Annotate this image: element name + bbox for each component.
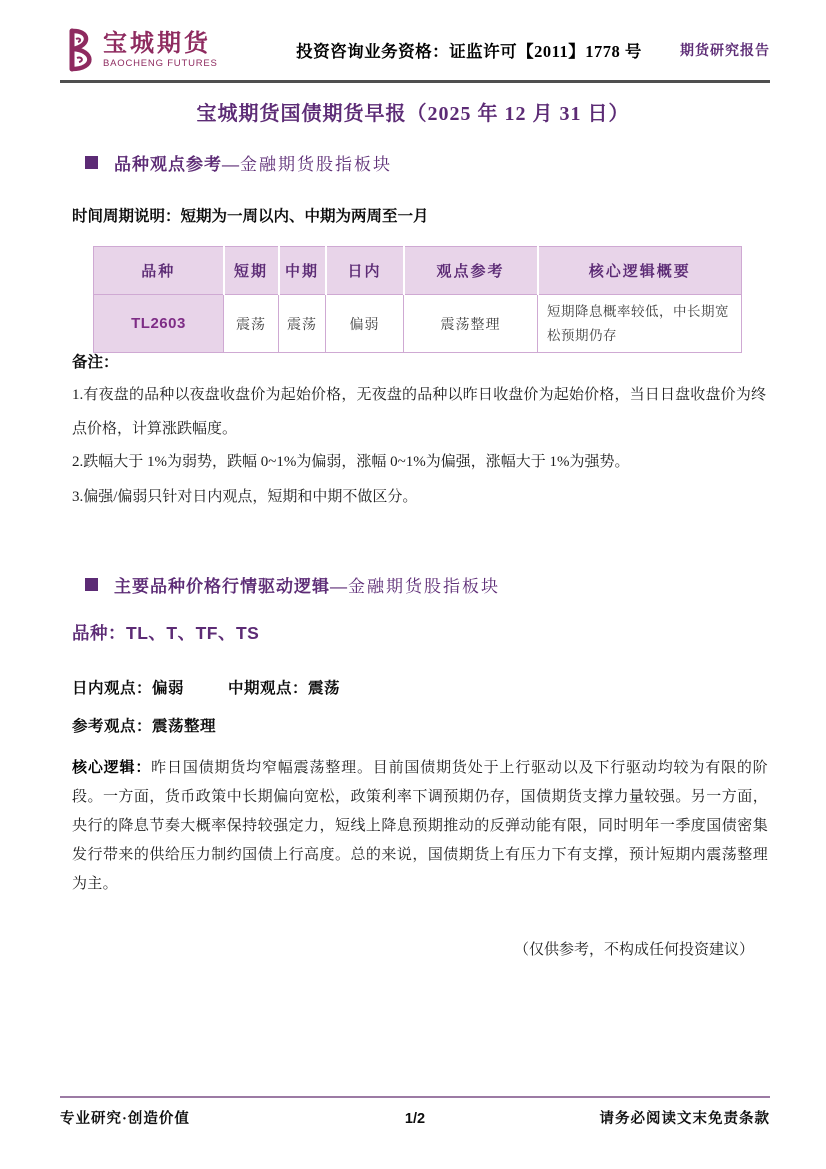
section1-heading: 品种观点参考— 金融期货股指板块 [85, 150, 770, 175]
core-logic-paragraph: 核心逻辑：昨日国债期货均窄幅震荡整理。目前国债期货处于上行驱动以及下行驱动均较为… [72, 754, 768, 899]
note-item-2: 2.跌幅大于 1%为弱势，跌幅 0~1%为偏弱，涨幅 0~1%为偏强，涨幅大于 … [72, 445, 766, 479]
report-page: 宝城期货 BAOCHENG FUTURES 投资咨询业务资格：证监许可【2011… [0, 0, 826, 1169]
report-title: 宝城期货国债期货早报（2025 年 12 月 31 日） [0, 97, 826, 126]
col-header-core-logic: 核心逻辑概要 [538, 247, 742, 295]
cell-short-term: 震荡 [224, 295, 279, 353]
intraday-view-value: 偏弱 [152, 680, 184, 697]
intraday-view-label: 日内观点： [72, 680, 152, 697]
disclaimer-line: （仅供参考，不构成任何投资建议） [72, 938, 754, 959]
report-header: 宝城期货 BAOCHENG FUTURES 投资咨询业务资格：证监许可【2011… [60, 24, 770, 76]
baocheng-logo: 宝城期货 BAOCHENG FUTURES [60, 26, 270, 74]
section2-heading: 主要品种价格行情驱动逻辑— 金融期货股指板块 [85, 572, 770, 597]
table-header-row: 品种 短期 中期 日内 观点参考 核心逻辑概要 [94, 247, 742, 295]
core-logic-label: 核心逻辑： [72, 760, 151, 776]
col-header-intraday: 日内 [326, 247, 404, 295]
variety-line: 品种：TL、T、TF、TS [72, 620, 259, 645]
footer-row: 专业研究·创造价值 1/2 请务必阅读文末免责条款 [60, 1107, 770, 1128]
col-header-view: 观点参考 [404, 247, 538, 295]
cell-variety: TL2603 [94, 295, 224, 353]
report-type-label: 期货研究报告 [658, 40, 770, 60]
footer-divider [60, 1096, 770, 1098]
square-bullet-icon [85, 578, 98, 591]
footer-disclaimer-note: 请务必阅读文末免责条款 [425, 1107, 770, 1128]
reference-view-line: 参考观点：震荡整理 [72, 714, 216, 736]
period-note: 时间周期说明：短期为一周以内、中期为两周至一月 [72, 204, 766, 226]
logo-en-name: BAOCHENG FUTURES [103, 59, 218, 69]
mid-view-label: 中期观点： [228, 680, 308, 697]
section2-heading-light: 金融期货股指板块 [348, 572, 500, 597]
qualification-text: 投资咨询业务资格：证监许可【2011】1778 号 [270, 38, 658, 62]
note-item-3: 3.偏强/偏弱只针对日内观点，短期和中期不做区分。 [72, 480, 766, 514]
col-header-mid-term: 中期 [279, 247, 326, 295]
section2-heading-bold: 主要品种价格行情驱动逻辑— [114, 572, 348, 597]
cell-view: 震荡整理 [404, 295, 538, 353]
square-bullet-icon [85, 156, 98, 169]
header-divider [60, 80, 770, 83]
footer-slogan: 专业研究·创造价值 [60, 1107, 405, 1128]
reference-view-value: 震荡整理 [152, 718, 216, 735]
section1-heading-light: 金融期货股指板块 [240, 150, 392, 175]
cell-core-logic: 短期降息概率较低，中长期宽松预期仍存 [538, 295, 742, 353]
core-logic-text: 昨日国债期货均窄幅震荡整理。目前国债期货处于上行驱动以及下行驱动均较为有限的阶段… [72, 760, 768, 892]
cell-mid-term: 震荡 [279, 295, 326, 353]
note-item-1: 1.有夜盘的品种以夜盘收盘价为起始价格，无夜盘的品种以昨日收盘价为起始价格，当日… [72, 378, 766, 446]
section1-heading-bold: 品种观点参考— [114, 150, 240, 175]
col-header-short-term: 短期 [224, 247, 279, 295]
logo-cn-name: 宝城期货 [103, 31, 218, 55]
table-row: TL2603 震荡 震荡 偏弱 震荡整理 短期降息概率较低，中长期宽松预期仍存 [94, 295, 742, 353]
col-header-variety: 品种 [94, 247, 224, 295]
page-number: 1/2 [405, 1111, 425, 1127]
view-table: 品种 短期 中期 日内 观点参考 核心逻辑概要 TL2603 震荡 震荡 偏弱 … [93, 246, 742, 353]
cell-intraday: 偏弱 [326, 295, 404, 353]
report-footer: 专业研究·创造价值 1/2 请务必阅读文末免责条款 [60, 1096, 770, 1128]
reference-view-label: 参考观点： [72, 718, 152, 735]
intraday-mid-views-line: 日内观点：偏弱中期观点：震荡 [72, 676, 340, 698]
notes-label: 备注： [72, 350, 119, 372]
baocheng-logo-icon [60, 26, 98, 74]
logo-text: 宝城期货 BAOCHENG FUTURES [103, 31, 218, 69]
mid-view-value: 震荡 [308, 680, 340, 697]
